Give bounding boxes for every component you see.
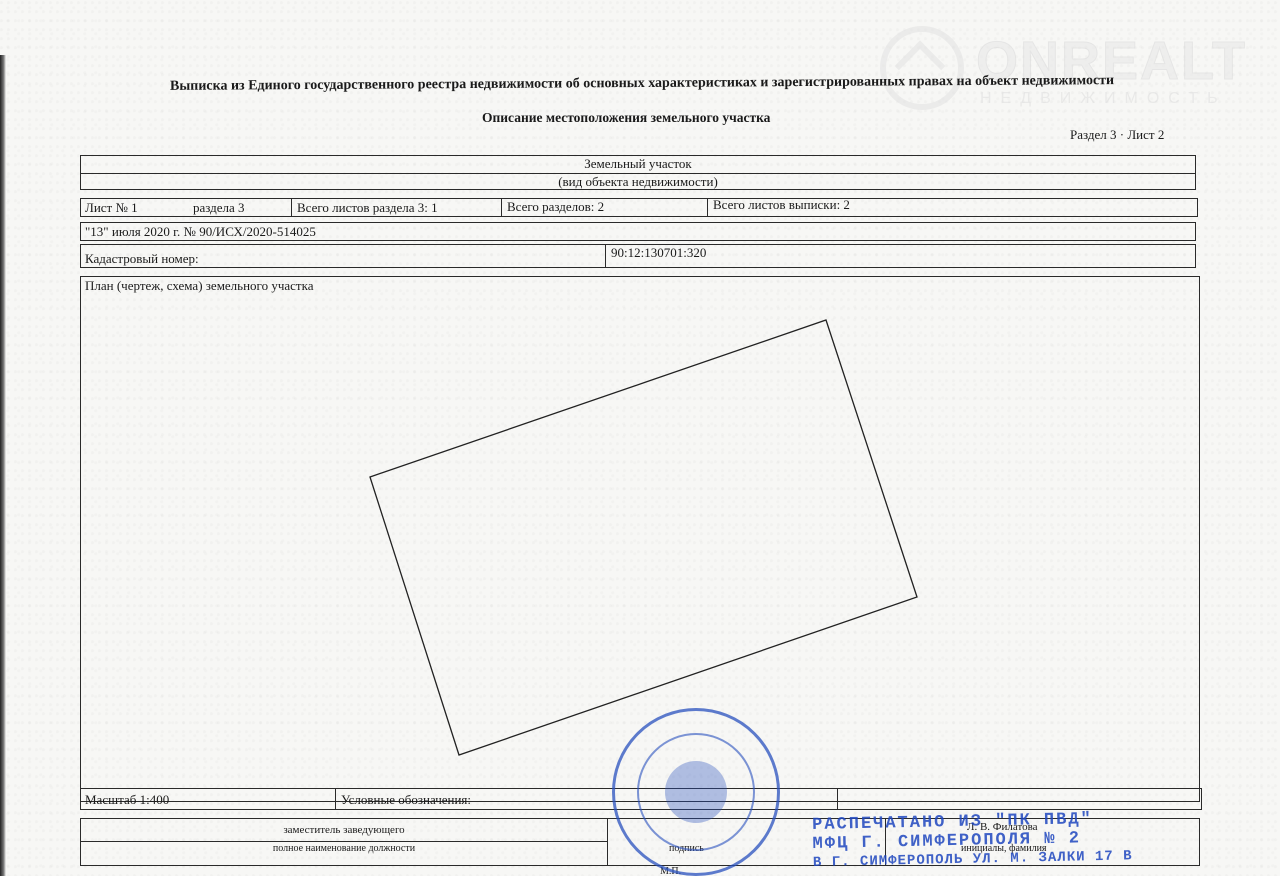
total-sheets-extract: Всего листов выписки: 2 (709, 197, 850, 213)
divider (707, 199, 708, 216)
object-type-caption-row: (вид объекта недвижимости) (80, 173, 1196, 190)
divider (501, 199, 502, 216)
print-stamp: РАСПЕЧАТАНО ИЗ "ПК ПВД" МФЦ Г. СИМФЕРОПО… (812, 809, 1133, 873)
official-seal (612, 708, 780, 876)
position-caption: полное наименование должности (81, 843, 607, 854)
coat-of-arms-icon (665, 761, 727, 823)
plan-area: План (чертеж, схема) земельного участка (80, 276, 1200, 802)
cadastral-row: Кадастровый номер: 90:12:130701:320 (80, 244, 1196, 268)
divider (837, 789, 838, 809)
object-type-row: Земельный участок (80, 155, 1196, 174)
parcel-outline (370, 320, 917, 755)
sheet-number: Лист № 1 (81, 200, 138, 216)
divider (605, 245, 606, 267)
watermark-tagline: НЕДВИЖИМОСТЬ (980, 90, 1227, 108)
object-type: Земельный участок (81, 156, 1195, 172)
parcel-drawing (81, 277, 1201, 803)
legend-label: Условные обозначения: (337, 792, 471, 808)
sheet-section: раздела 3 (189, 200, 245, 216)
scan-edge (0, 55, 6, 876)
cadastral-number: 90:12:130701:320 (607, 245, 706, 261)
document-subtitle: Описание местоположения земельного участ… (482, 110, 770, 126)
divider (335, 789, 336, 809)
section-reference: Раздел 3 · Лист 2 (1070, 127, 1164, 143)
object-type-caption: (вид объекта недвижимости) (81, 174, 1195, 190)
total-sheets-section: Всего листов раздела 3: 1 (293, 200, 438, 216)
total-sections: Всего разделов: 2 (503, 199, 604, 215)
date-number-row: "13" июля 2020 г. № 90/ИСХ/2020-514025 (80, 222, 1196, 241)
scale: Масштаб 1:400 (81, 792, 169, 808)
divider (607, 819, 608, 865)
watermark: ONREALT НЕДВИЖИМОСТЬ (880, 22, 1250, 112)
house-in-circle-icon (880, 26, 964, 110)
position-title: заместитель заведующего (81, 819, 607, 842)
divider (291, 199, 292, 216)
date-and-number: "13" июля 2020 г. № 90/ИСХ/2020-514025 (81, 224, 316, 240)
sheet-info-row: Лист № 1 раздела 3 Всего листов раздела … (80, 198, 1198, 217)
cadastral-label: Кадастровый номер: (81, 251, 199, 267)
